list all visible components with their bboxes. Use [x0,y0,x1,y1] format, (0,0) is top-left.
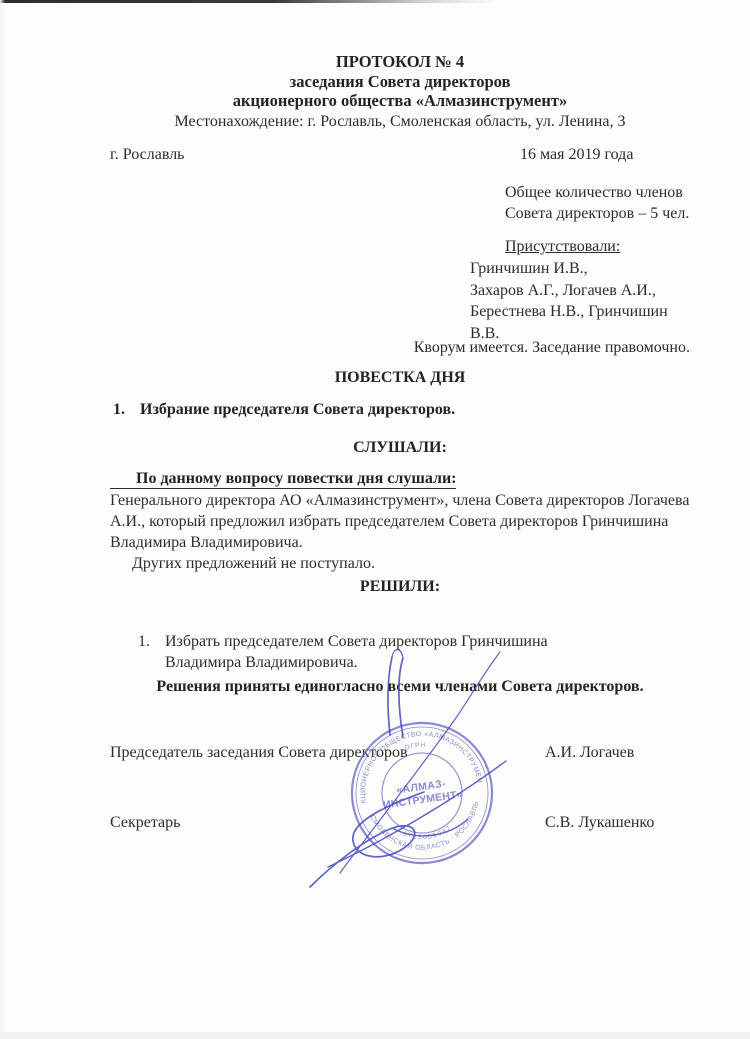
present-heading-row: Присутствовали: [110,236,690,257]
protocol-subtitle-1: заседания Совета директоров [110,72,690,92]
heard-paragraph-block: Генерального директора АО «Алмазинструме… [110,490,690,574]
scan-artifact-bottom-strip [0,1032,750,1039]
agenda-heading: ПОВЕСТКА ДНЯ [110,367,690,388]
city-date-row: г. Рославль 16 мая 2019 года [110,144,690,165]
quorum-line: Кворум имеется. Заседание правомочно. [110,337,690,358]
resolved-heading: РЕШИЛИ: [110,576,690,597]
protocol-subtitle-2: акционерного общества «Алмазинструмент» [110,91,690,111]
title-block: ПРОТОКОЛ № 4 заседания Совета директоров… [110,52,690,131]
agenda-item: 1. Избрание председателя Совета директор… [110,399,690,420]
resolved-item-number: 1. [138,631,150,652]
secretary-role-label: Секретарь [110,814,180,831]
members-total-line-1: Общее количество членов [505,182,690,203]
meeting-date: 16 мая 2019 года [520,144,633,165]
present-name-line: Гринчишин И.В., [470,258,690,280]
heard-lead: По данному вопросу повестки дня слушали: [110,470,456,489]
agenda-item-text: Избрание председателя Совета директоров. [140,399,690,420]
present-heading: Присутствовали: [505,238,620,255]
city-label: г. Рославль [110,146,184,163]
heard-lead-row: По данному вопросу повестки дня слушали: [110,468,690,489]
members-total-line-2: Совета директоров – 5 чел. [505,203,690,224]
scanned-protocol-page: ПРОТОКОЛ № 4 заседания Совета директоров… [0,0,750,1039]
members-total-block: Общее количество членов Совета директоро… [110,182,690,224]
heard-note: Других предложений не поступало. [110,553,690,574]
agenda-item-number: 1. [113,399,125,420]
company-location-line: Местонахождение: г. Рославль, Смоленская… [110,112,690,132]
stamp-and-signature-overlay: АКЦИОНЕРНОЕ ОБЩЕСТВО «АЛМАЗИНСТРУМЕНТ» С… [295,625,565,915]
scan-artifact-top-line [0,0,500,3]
present-name-line: Захаров А.Г., Логачев А.И., [470,280,690,302]
stamp-ogrn-text: · ОГРН · [398,740,434,754]
scan-artifact-left-edge [0,0,5,1039]
protocol-title: ПРОТОКОЛ № 4 [110,52,690,72]
present-names-block: Гринчишин И.В., Захаров А.Г., Логачев А.… [110,258,690,344]
heard-paragraph: Генерального директора АО «Алмазинструме… [110,490,690,553]
heard-heading: СЛУШАЛИ: [110,437,690,458]
